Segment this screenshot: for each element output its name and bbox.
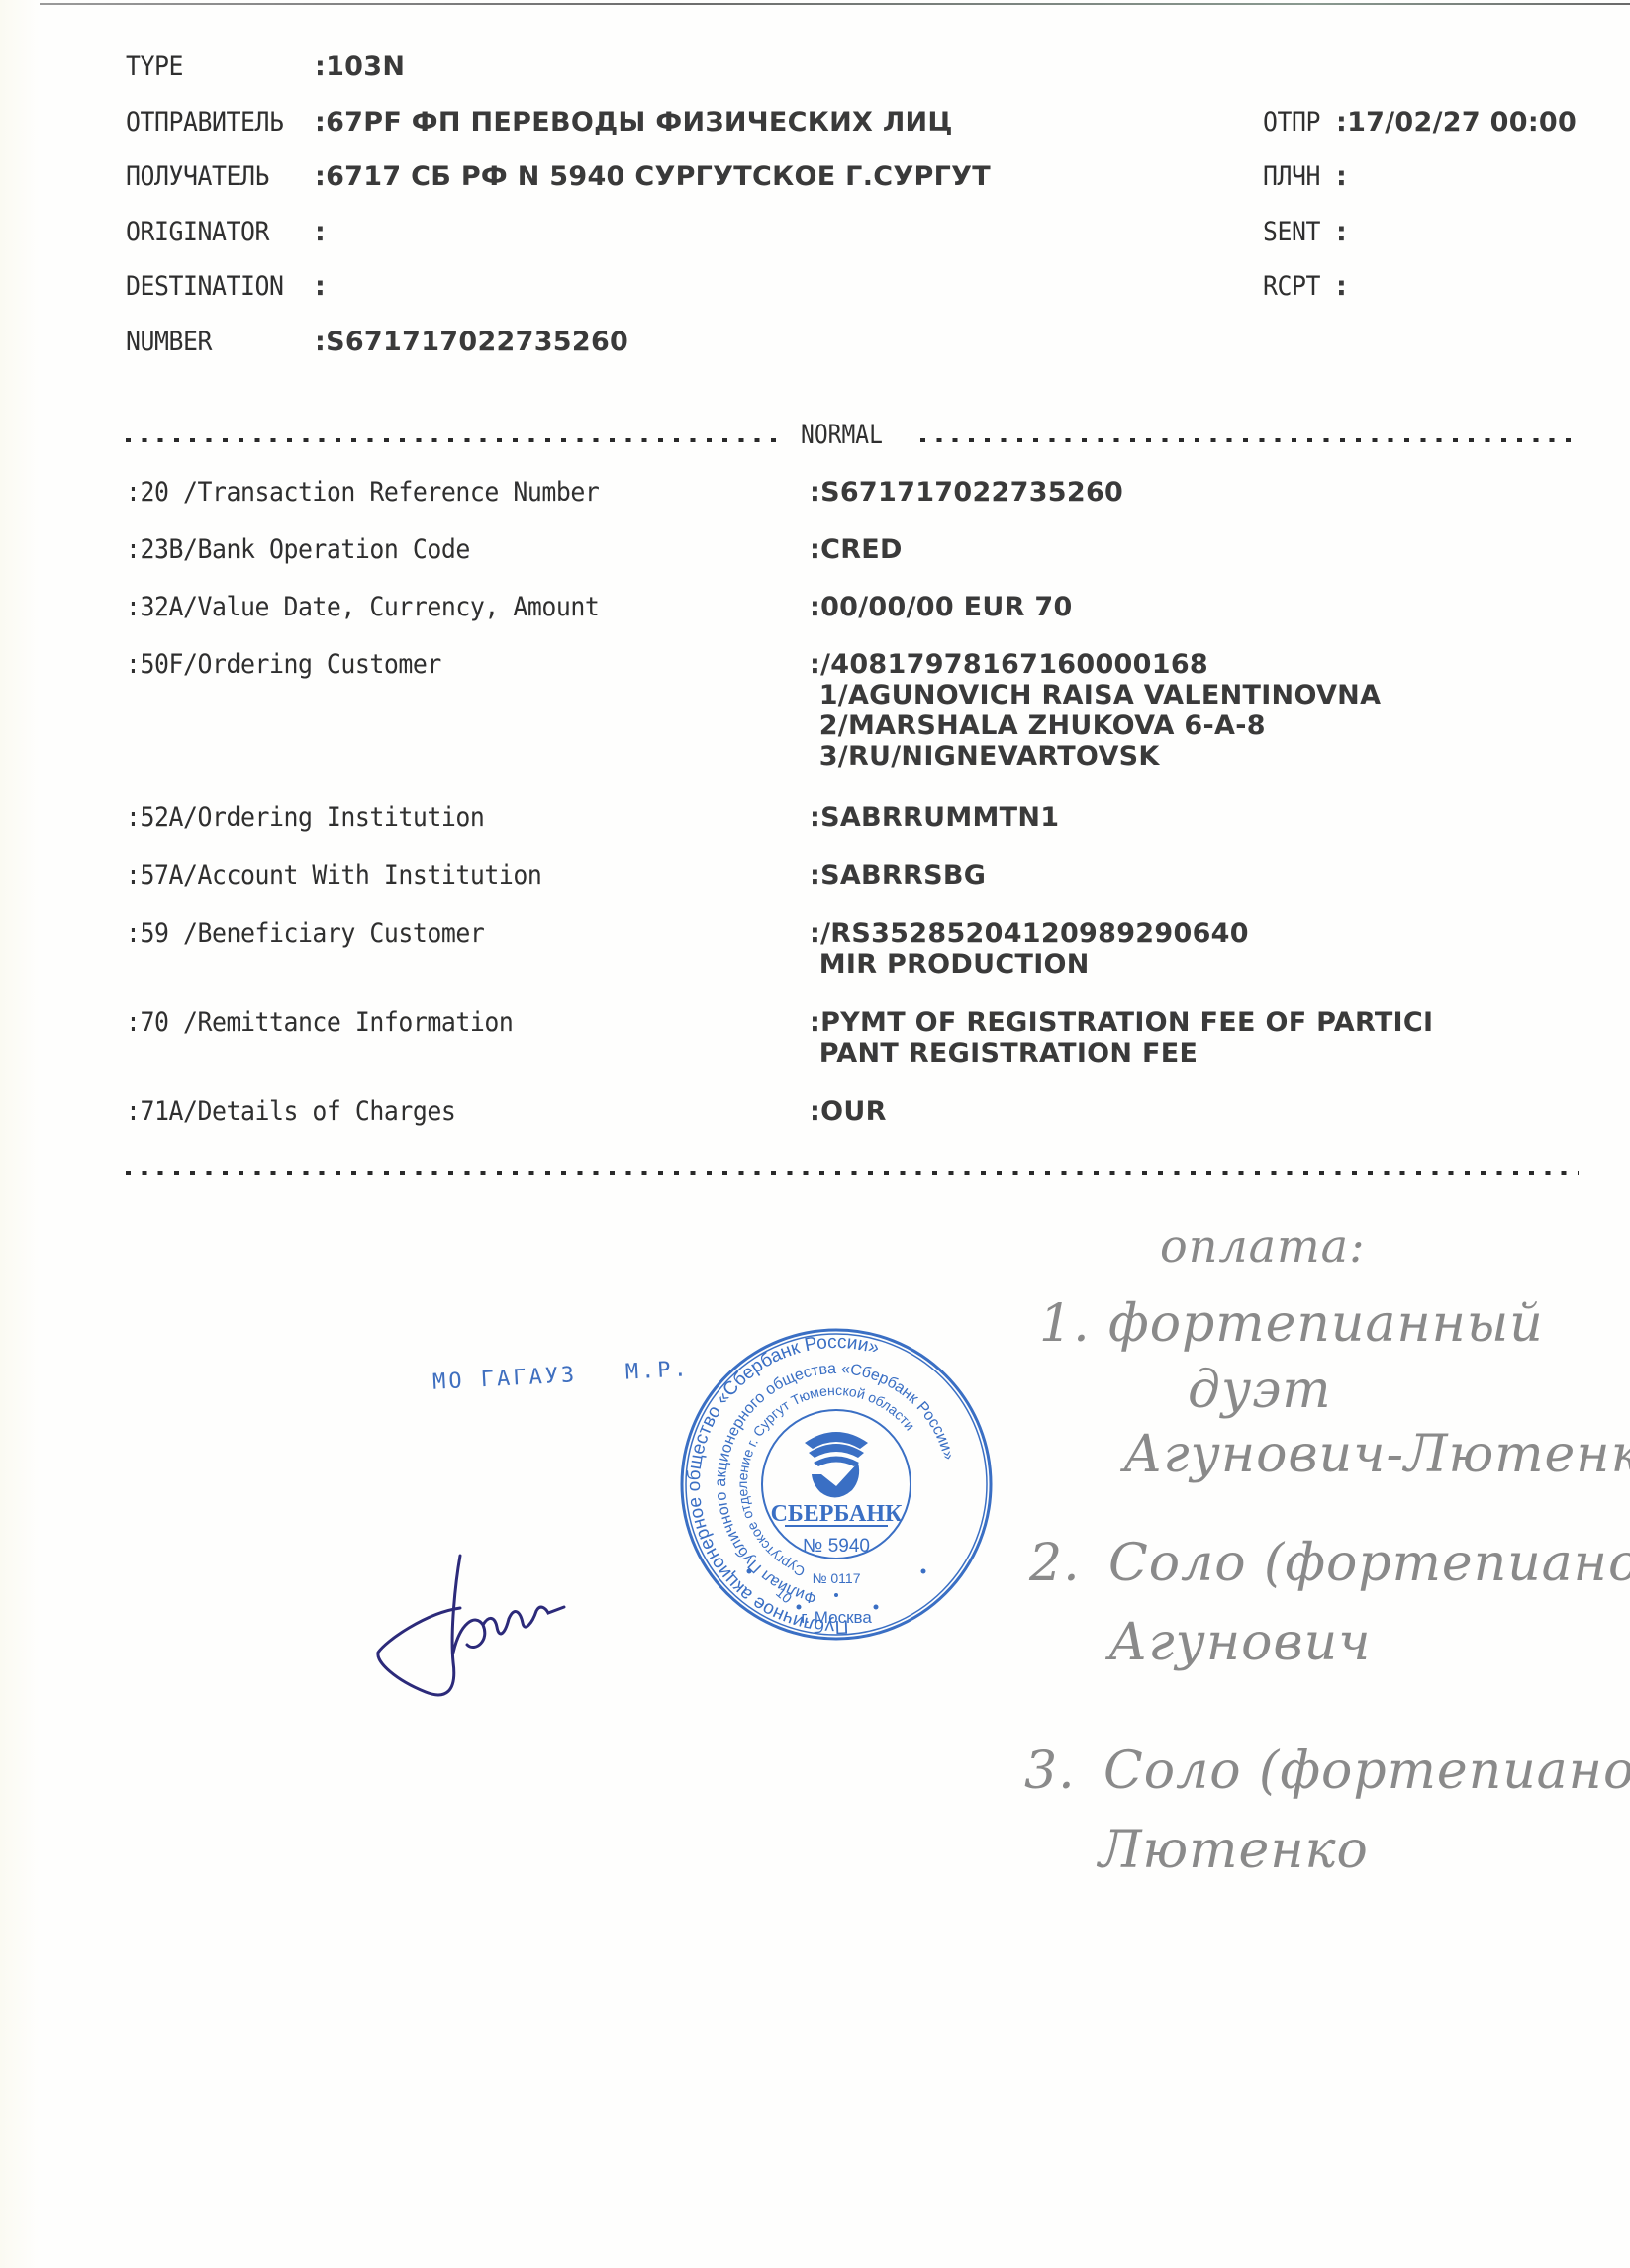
number-label: NUMBER [126,327,212,357]
field-label: :59 /Beneficiary Customer [126,918,484,949]
receiver-value: :6717 СБ РФ N 5940 СУРГУТСКОЕ Г.СУРГУТ [315,161,991,192]
sender-value: :67PF ФП ПЕРЕВОДЫ ФИЗИЧЕСКИХ ЛИЦ [315,107,953,138]
field-value-line: PANT REGISTRATION FEE [810,1038,1198,1069]
field-value-line: 2/MARSHALA ZHUKOVA 6-A-8 [810,710,1266,741]
field-value-line: :/RS35285204120989290640 [810,918,1249,949]
field-label: :50F/Ordering Customer [126,649,441,680]
number-value: :S671717022735260 [315,327,628,357]
stamp-brand: СБЕРБАНК [771,1501,903,1527]
field-value-line: :CRED [810,534,903,565]
field-label: :32A/Value Date, Currency, Amount [126,592,599,622]
note-3-line-1: Соло (фортепиано) [1103,1742,1630,1801]
field-value-line: :/40817978167160000168 [810,649,1208,680]
divider-dashes-right [920,438,1579,442]
note-1-line-3: Агунович-Лютенко [1123,1425,1630,1484]
field-label: :57A/Account With Institution [126,860,541,891]
field-label: :71A/Details of Charges [126,1096,455,1127]
note-2-number: 2. [1029,1534,1081,1593]
note-3-number: 3. [1024,1742,1076,1801]
sent-ru-label: ОТПР [1263,107,1320,138]
destination-value: : [315,271,326,302]
stamp-city: г. Москва [801,1608,872,1627]
note-3-line-2: Лютенко [1099,1821,1369,1880]
note-1-line-1: фортепианный [1108,1294,1544,1354]
type-label: TYPE [126,51,183,82]
field-value-line: MIR PRODUCTION [810,949,1090,980]
note-1-number: 1. [1039,1294,1091,1354]
field-value-line: 3/RU/NIGNEVARTOVSK [810,741,1160,772]
divider-label: NORMAL [801,420,883,450]
received-ru-value: : [1336,161,1347,192]
rcpt-value: : [1336,271,1347,302]
signature [366,1554,604,1712]
field-value-line: 1/AGUNOVICH RAISA VALENTINOVNA [810,680,1381,710]
field-label: :52A/Ordering Institution [126,803,484,833]
field-label: :23B/Bank Operation Code [126,534,470,565]
sberbank-logo-icon [805,1432,868,1498]
field-value-line: :PYMT OF REGISTRATION FEE OF PARTICI [810,1007,1433,1038]
note-2-line-2: Агунович [1108,1613,1372,1672]
stamp-branch-number: № 5940 [803,1536,870,1557]
field-value-line: :OUR [810,1096,887,1127]
note-2-line-1: Соло (фортепиано) [1108,1534,1630,1593]
rcpt-label: RCPT [1263,271,1320,302]
note-1-line-2: дуэт [1188,1361,1332,1420]
sent-label: SENT [1263,217,1320,247]
field-value-line: :S671717022735260 [810,477,1123,508]
notes-title: оплата: [1160,1219,1366,1273]
sent-ru-value: :17/02/27 00:00 [1336,107,1577,138]
divider-dashes-left [126,438,784,442]
scan-edge-top [40,3,1630,5]
field-value-line: :SABRRSBG [810,860,986,891]
bank-round-stamp: Публичное акционерное общество «Сбербанк… [678,1326,995,1643]
originator-label: ORIGINATOR [126,217,269,247]
field-label: :70 /Remittance Information [126,1007,513,1038]
field-value-line: :00/00/00 EUR 70 [810,592,1073,622]
scan-edge-left [0,0,40,2268]
destination-label: DESTINATION [126,271,283,302]
receiver-label: ПОЛУЧАТЕЛЬ [126,161,269,192]
received-ru-label: ПЛЧН [1263,161,1320,192]
stamp-sub-number: № 0117 [812,1570,860,1586]
field-value-line: :SABRRUMMTN1 [810,803,1059,833]
field-label: :20 /Transaction Reference Number [126,477,599,508]
type-value: :103N [315,51,405,82]
sender-label: ОТПРАВИТЕЛЬ [126,107,283,138]
bottom-divider-dashes [126,1171,1579,1175]
originator-value: : [315,217,326,247]
officer-stamp: МО ГАГАУЗ М.Р. [432,1357,691,1395]
sent-value: : [1336,217,1347,247]
